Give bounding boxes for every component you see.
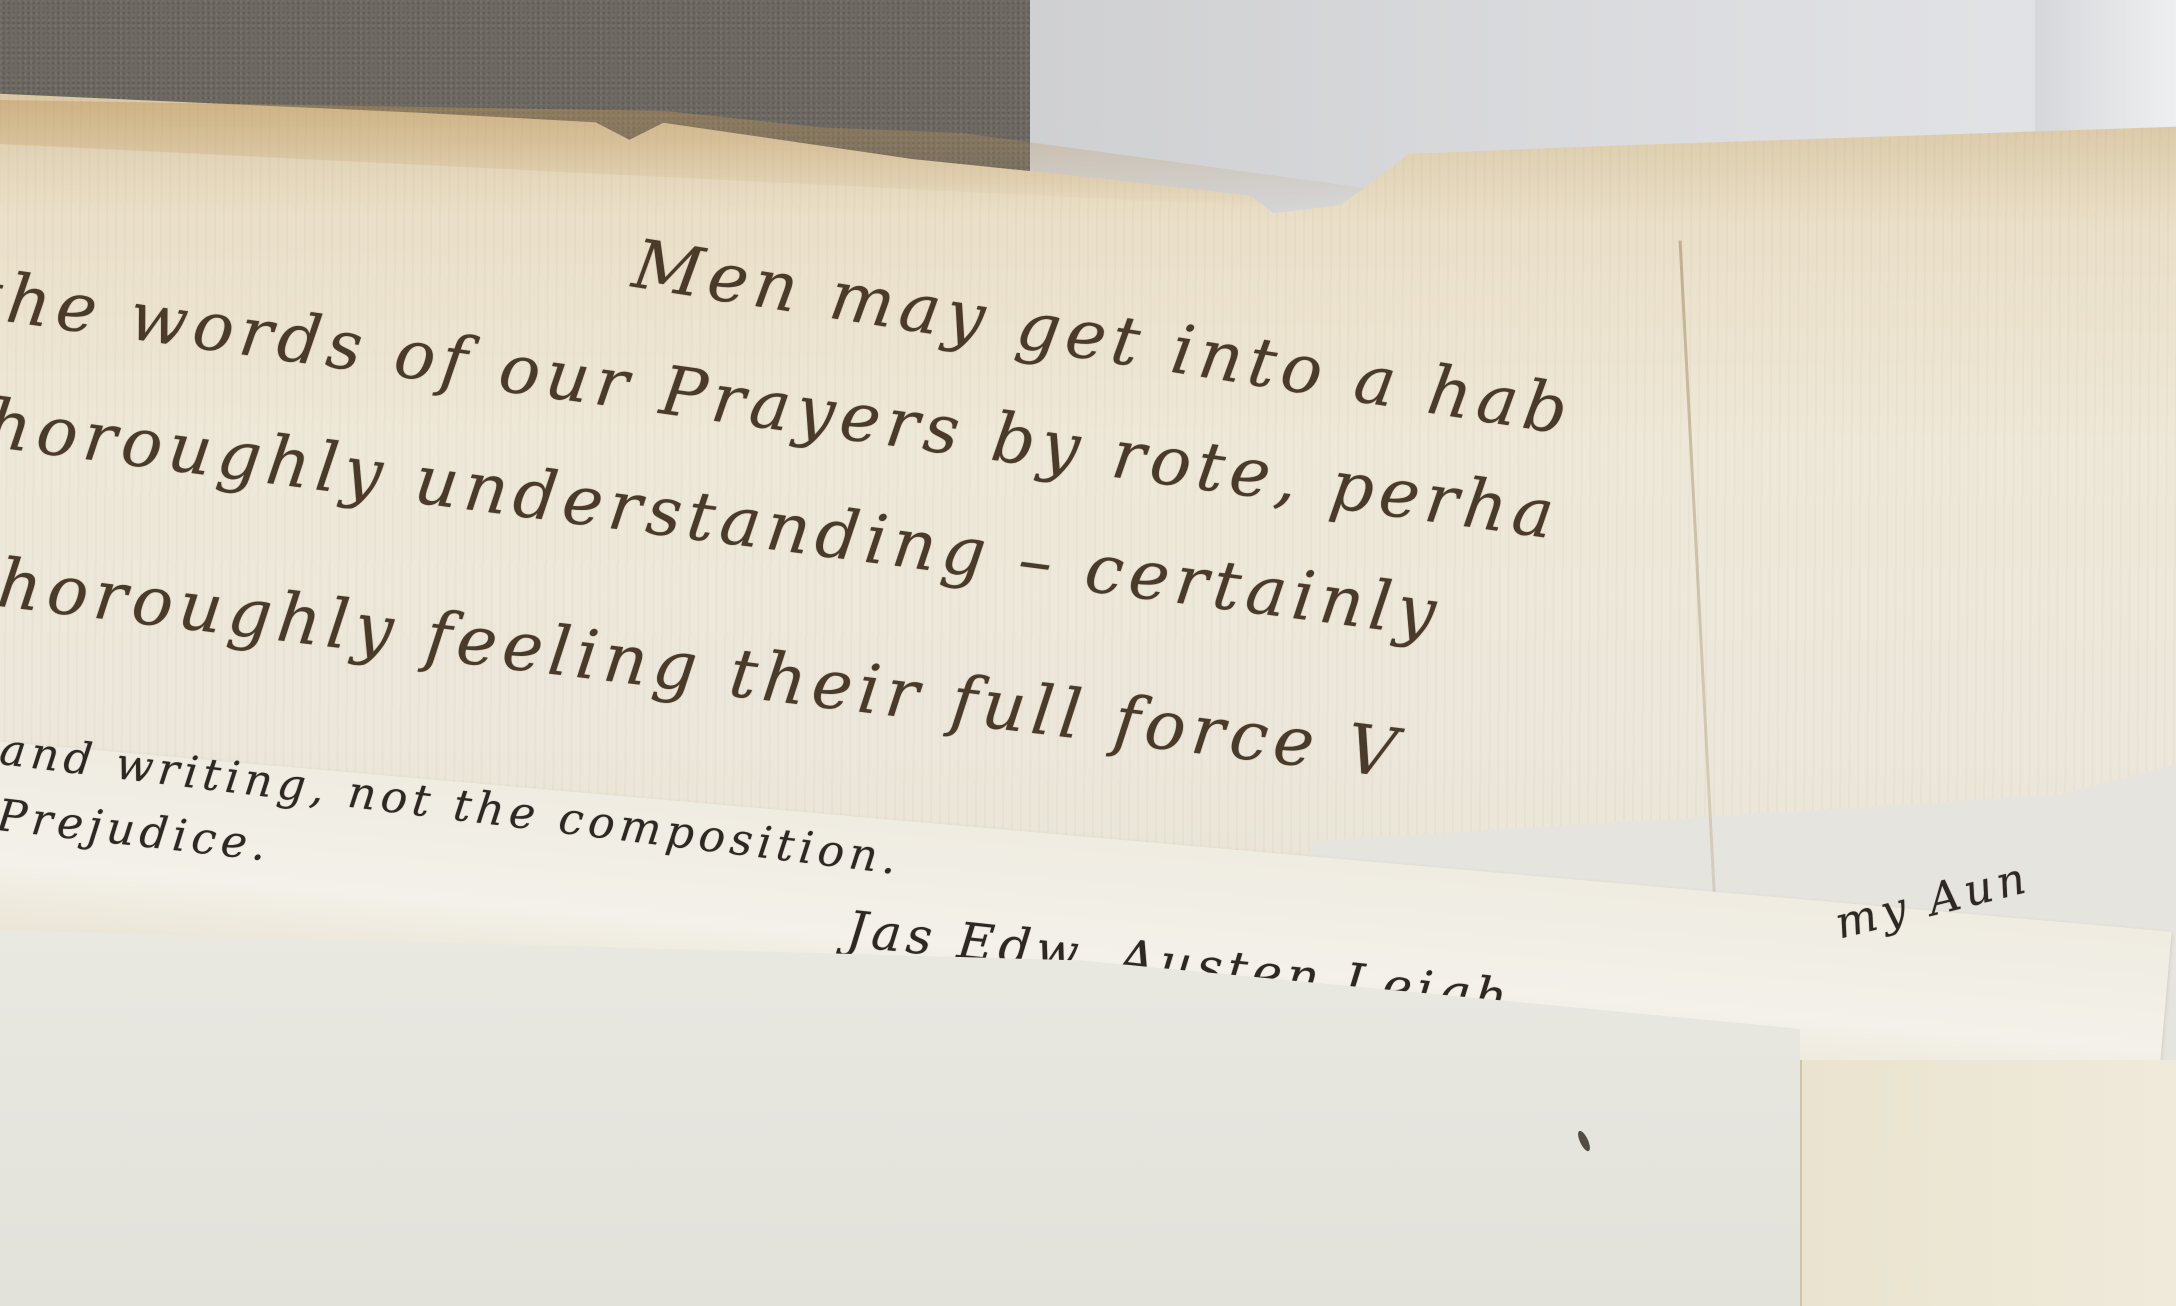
page-edge-right xyxy=(1800,1060,2176,1306)
